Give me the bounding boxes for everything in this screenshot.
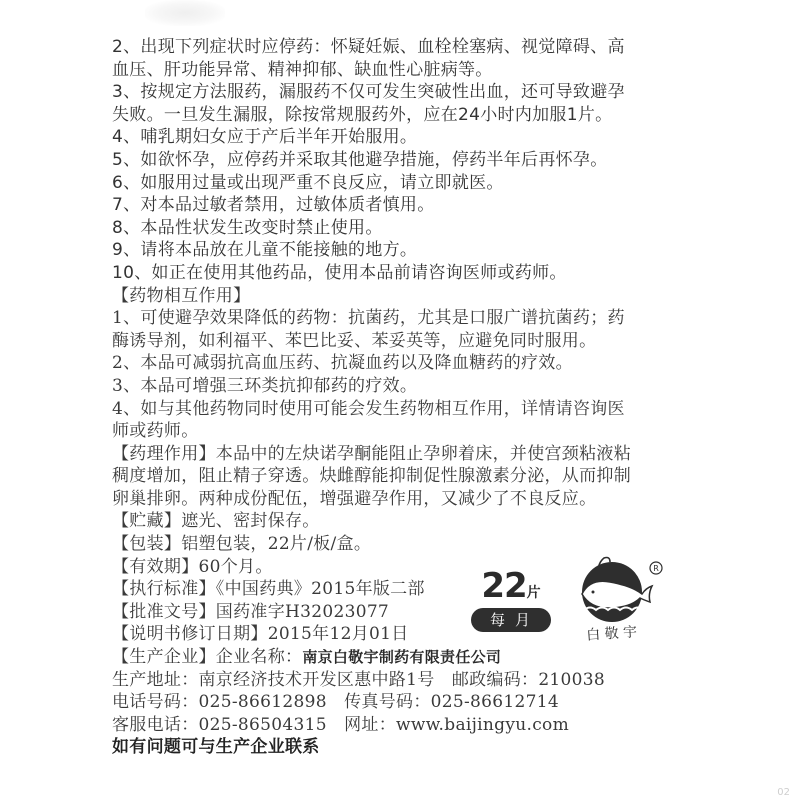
storage: 【贮藏】遮光、密封保存。: [112, 510, 692, 533]
interactions-heading: 【药物相互作用】: [112, 285, 692, 308]
precaution-10: 10、如正在使用其他药品，使用本品前请咨询医师或药师。: [112, 262, 692, 285]
scan-smudge: [145, 0, 225, 26]
manufacturer-phone: 电话号码：025-86612898 传真号码：025-86612714: [112, 691, 692, 714]
registered-mark: R: [653, 564, 659, 573]
logo-text: 白 敬 宇: [586, 623, 638, 644]
monthly-pill: 每月: [471, 608, 551, 632]
tablet-unit: 片: [527, 585, 541, 601]
manufacturer-name: 南京白敬宇制药有限责任公司: [302, 648, 501, 666]
interaction-line: 4、如与其他药物同时使用可能会发生药物相互作用，详情请咨询医: [112, 398, 692, 421]
precaution-2-line-2: 血压、肝功能异常、精神抑郁、缺血性心脏病等。: [112, 59, 692, 82]
pharmacology-line: 【药理作用】本品中的左炔诺孕酮能阻止孕卵着床，并使宫颈粘液粘: [112, 443, 692, 466]
precaution-7: 7、对本品过敏者禁用，过敏体质者慎用。: [112, 194, 692, 217]
pharmacology-line: 稠度增加，阻止精子穿透。炔雌醇能抑制促性腺激素分泌，从而抑制: [112, 465, 692, 488]
precaution-6: 6、如服用过量或出现严重不良反应，请立即就医。: [112, 172, 692, 195]
precautions-list: 2、出现下列症状时应停药：怀疑妊娠、血栓栓塞病、视觉障碍、高 血压、肝功能异常、…: [112, 36, 692, 285]
interaction-line: 1、可使避孕效果降低的药物：抗菌药，尤其是口服广谱抗菌药；药: [112, 307, 692, 330]
manufacturer-section: 【生产企业】企业名称：南京白敬宇制药有限责任公司 生产地址：南京经济技术开发区惠…: [112, 646, 692, 759]
interaction-line: 2、本品可减弱抗高血压药、抗凝血药以及降血糖药的疗效。: [112, 352, 692, 375]
interactions-section: 【药物相互作用】 1、可使避孕效果降低的药物：抗菌药，尤其是口服广谱抗菌药；药 …: [112, 285, 692, 443]
page-number: 02: [777, 787, 790, 798]
pharmacology-line: 卵巢排卵。两种成份配伍，增强避孕作用，又减少了不良反应。: [112, 488, 692, 511]
precaution-8: 8、本品性状发生改变时禁止使用。: [112, 217, 692, 240]
whale-logo-icon: R 白 敬 宇: [560, 550, 670, 645]
precaution-5: 5、如欲怀孕，应停药并采取其他避孕措施，停药半年后再怀孕。: [112, 149, 692, 172]
manufacturer-service: 客服电话：025-86504315 网址：www.baijingyu.com: [112, 714, 692, 737]
pharmacology-section: 【药理作用】本品中的左炔诺孕酮能阻止孕卵着床，并使宫颈粘液粘 稠度增加，阻止精子…: [112, 443, 692, 511]
precaution-3-line-2: 失败。一旦发生漏服，除按常规服药外，应在24小时内加服1片。: [112, 104, 692, 127]
manufacturer-label: 【生产企业】企业名称：: [112, 647, 302, 667]
brand-logo: R 白 敬 宇: [560, 550, 670, 645]
interaction-line: 3、本品可增强三环类抗抑郁药的疗效。: [112, 375, 692, 398]
precaution-3-line-1: 3、按规定方法服药，漏服药不仅可发生突破性出血，还可导致避孕: [112, 81, 692, 104]
precaution-4: 4、哺乳期妇女应于产后半年开始服用。: [112, 126, 692, 149]
monthly-pack-badge: 22片 每月: [468, 566, 554, 632]
interaction-line: 师或药师。: [112, 420, 692, 443]
interaction-line: 酶诱导剂，如利福平、苯巴比妥、苯妥英等，应避免同时服用。: [112, 330, 692, 353]
manufacturer-address: 生产地址：南京经济技术开发区惠中路1号 邮政编码：210038: [112, 669, 692, 692]
manufacturer-name-line: 【生产企业】企业名称：南京白敬宇制药有限责任公司: [112, 646, 692, 669]
precaution-9: 9、请将本品放在儿童不能接触的地方。: [112, 239, 692, 262]
precaution-2-line-1: 2、出现下列症状时应停药：怀疑妊娠、血栓栓塞病、视觉障碍、高: [112, 36, 692, 59]
contact-note: 如有问题可与生产企业联系: [112, 736, 692, 759]
leaflet-page: 2、出现下列症状时应停药：怀疑妊娠、血栓栓塞病、视觉障碍、高 血压、肝功能异常、…: [112, 36, 692, 759]
tablet-count: 22: [481, 566, 526, 606]
